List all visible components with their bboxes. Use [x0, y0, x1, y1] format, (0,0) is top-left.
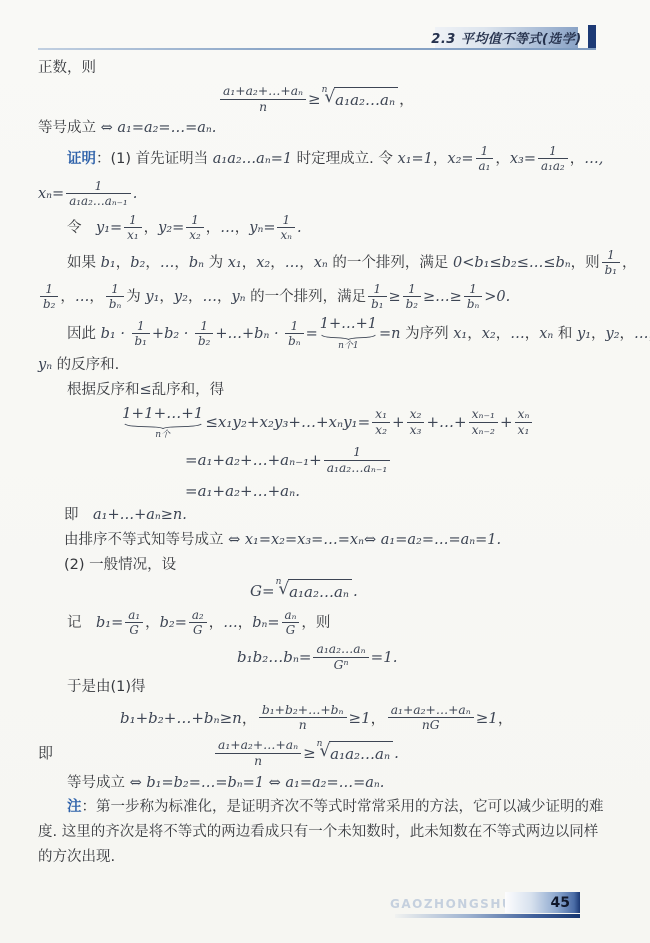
text-run: ：(1) 首先证明当	[96, 151, 213, 167]
line-by-rearrangement: 根据反序和≤乱序和，得	[67, 380, 614, 402]
fraction-denominator: bₙ	[285, 334, 303, 348]
math-run: x₃=	[510, 151, 536, 167]
math-run: …,	[584, 151, 603, 167]
math-run: b₂=	[160, 615, 187, 631]
text-run: 的一个排列，满足	[246, 289, 367, 305]
content-lines: 正数，则a₁+a₂+…+aₙn≥n√a₁a₂…aₙ，等号成立 ⇔ a₁=a₂=……	[38, 58, 614, 872]
line-from-part1: 于是由(1)得	[67, 677, 614, 699]
math-run: y₁	[145, 289, 159, 305]
math-run: ≥	[303, 744, 316, 762]
math-run: ≥…≥	[423, 289, 462, 305]
math-run: ≤	[140, 382, 152, 398]
fraction-numerator: 1	[476, 144, 494, 159]
text-run: ，	[174, 254, 189, 270]
fraction: 1b₁	[368, 282, 386, 312]
fraction-denominator: G	[125, 623, 143, 637]
fraction-numerator: 1	[538, 144, 568, 159]
fraction-denominator: b₁	[132, 334, 150, 348]
math-run: +	[392, 413, 405, 431]
fraction-denominator: b₂	[195, 334, 213, 348]
fraction: a₁a₂…aₙGⁿ	[313, 642, 368, 673]
keyword-label: 证明	[67, 151, 96, 167]
line-reverse-sum: yₙ 的反序和.	[38, 355, 614, 377]
text-run: 令	[67, 220, 96, 236]
text-run: ，则	[571, 254, 600, 270]
text-run: ，	[116, 254, 131, 270]
math-run: +…+bₙ ·	[215, 326, 283, 342]
math-run: ⇔ a₁=a₂=…=aₙ.	[101, 120, 217, 136]
fraction-numerator: a₁+a₂+…+aₙ	[215, 738, 301, 754]
math-run: yₙ	[38, 357, 52, 373]
text-run: 正数，则	[38, 60, 96, 76]
math-run: .	[297, 220, 302, 236]
math-run: .	[394, 744, 399, 762]
underbrace-icon	[124, 423, 202, 429]
text-run: 于是由(1)得	[67, 679, 146, 695]
math-run: b₁=	[96, 615, 123, 631]
text-run: ，	[496, 326, 511, 342]
math-run: …	[220, 220, 235, 236]
math-run: =1.	[371, 648, 398, 666]
underbrace-icon	[321, 334, 376, 340]
math-run: xₙ	[314, 254, 328, 270]
text-run: ，	[242, 254, 257, 270]
fraction-numerator: 1	[124, 213, 141, 228]
line-three-inequalities: b₁+b₂+…+bₙ≥n，b₁+b₂+…+bₙn≥1，a₁+a₂+…+aₙnG≥…	[120, 702, 614, 735]
fraction-denominator: a₁	[476, 159, 494, 173]
text-run: 记	[67, 615, 96, 631]
line-proof-start: 证明：(1) 首先证明当 a₁a₂…aₙ=1 时定理成立. 令 x₁=1，x₂=…	[67, 143, 614, 175]
fraction-denominator: a₁a₂…aₙ₋₁	[324, 461, 391, 476]
fraction-denominator: n	[215, 754, 301, 769]
math-run: y₂	[174, 289, 188, 305]
math-run: ⇔ a₁=a₂=…=aₙ=1.	[364, 532, 501, 548]
math-run: b₁+b₂+…+bₙ≥n	[120, 708, 242, 726]
math-run: xₙ	[539, 326, 553, 342]
text-run: ，	[238, 615, 253, 631]
fraction-denominator: xₙ₋₂	[469, 423, 498, 438]
text-run: ，	[620, 326, 635, 342]
fraction: x₁x₂	[372, 407, 390, 438]
fraction-numerator: 1	[285, 319, 303, 334]
underbrace-group: 1+…+1n个1	[320, 316, 377, 352]
fraction-numerator: 1	[368, 282, 386, 297]
math-run: b₁b₂…bₙ=	[237, 648, 311, 666]
text-run: (2) 一般情况，设	[64, 557, 176, 573]
fraction-numerator: 1	[195, 319, 213, 334]
math-run: x₂	[482, 326, 496, 342]
math-run: bₙ=	[252, 615, 279, 631]
header-rule	[38, 48, 596, 50]
fraction-numerator: a₁a₂…aₙ	[313, 642, 368, 658]
fraction: 1x₂	[186, 213, 203, 243]
underbrace-label: n个	[155, 430, 170, 441]
line-define-b: 记 b₁=a₁G，b₂=a₂G，…，bₙ=aₙG，则	[67, 607, 614, 639]
line-ie: 即 a₁+…+aₙ≥n.	[64, 505, 614, 527]
math-run: …	[160, 254, 175, 270]
footer-rule	[395, 914, 580, 918]
math-run: b₁ ·	[101, 326, 130, 342]
fraction: 1bₙ	[285, 319, 303, 349]
text-run: ，	[433, 151, 448, 167]
text-run: ：第一步称为标准化，是证明齐次不等式时常常采用的方法，它可以减少证明的难	[82, 799, 604, 815]
math-run: x₁	[228, 254, 242, 270]
text-run: ，	[89, 289, 104, 305]
root-index: n	[276, 576, 282, 590]
fraction-numerator: 1	[40, 282, 58, 297]
fraction: b₁+b₂+…+bₙn	[259, 703, 347, 734]
fraction-denominator: G	[189, 623, 207, 637]
fraction-denominator: n	[220, 100, 306, 115]
math-run: b₁	[101, 254, 116, 270]
fraction-denominator: nG	[388, 718, 474, 733]
math-run: a₁a₂…aₙ=1	[213, 151, 292, 167]
fraction-denominator: x₁	[515, 423, 533, 438]
fraction: 1a₁a₂…aₙ₋₁	[324, 445, 391, 476]
line-eq-step1: =a₁+a₂+…+aₙ₋₁+1a₁a₂…aₙ₋₁	[185, 444, 614, 477]
line-then-recip: 1b₂，…，1bₙ为 y₁，y₂，…，yₙ 的一个排列，满足1b₁≥1b₂≥…≥…	[38, 281, 614, 313]
line-general-case: (2) 一般情况，设	[64, 555, 614, 577]
math-run: b₂	[130, 254, 145, 270]
line-note-2: 度. 这里的齐次是将不等式的两边看成只有一个未知数时，此未知数在不等式两边以同样	[38, 822, 614, 844]
text-run: 为	[126, 289, 145, 305]
fraction-numerator: 1	[403, 282, 421, 297]
math-run: .	[133, 185, 138, 201]
fraction: 1b₁	[602, 248, 620, 278]
text-run: ，	[299, 254, 314, 270]
text-run: ，则	[301, 615, 330, 631]
math-run: x₁=1	[398, 151, 433, 167]
text-run: 为	[204, 254, 228, 270]
math-run: ≥1	[349, 708, 371, 726]
text-run: ，	[235, 220, 250, 236]
math-run: ⇔ x₁=x₂=x₃=…=xₙ	[228, 532, 364, 548]
math-run: y₁	[577, 326, 591, 342]
section-title: 2.3 平均值不等式(选学)	[431, 28, 581, 47]
text-run: 根据反序和	[67, 382, 140, 398]
text-run: 等号成立	[67, 775, 130, 791]
text-run: 时定理成立. 令	[292, 151, 397, 167]
fraction-denominator: Gⁿ	[313, 658, 368, 673]
root-index: n	[317, 738, 323, 752]
text-run: 为序列	[401, 326, 454, 342]
fraction-numerator: 1	[602, 248, 620, 263]
underbrace-label: n个1	[338, 341, 359, 352]
line-if-b: 如果 b₁，b₂，…，bₙ 为 x₁，x₂，…，xₙ 的一个排列，满足 0<b₁…	[67, 247, 614, 279]
math-run: …	[634, 326, 649, 342]
text-run: ，	[242, 708, 257, 726]
fraction-numerator: aₙ	[282, 608, 300, 623]
text-run: ，	[525, 326, 540, 342]
text-run: 因此	[67, 326, 101, 342]
fraction: a₁G	[125, 608, 143, 638]
fraction-numerator: 1	[66, 179, 130, 194]
text-run: ，	[60, 289, 75, 305]
math-run: +	[500, 413, 513, 431]
fraction-denominator: b₁	[602, 263, 620, 277]
fraction-denominator: x₂	[186, 228, 203, 242]
fraction-numerator: a₁	[125, 608, 143, 623]
math-run: ⇔ b₁=b₂=…=bₙ=1 ⇔ a₁=a₂=…=aₙ.	[130, 775, 385, 791]
fraction: 1b₂	[40, 282, 58, 312]
page-number-badge: 45	[505, 892, 580, 913]
fraction-numerator: a₁+a₂+…+aₙ	[220, 84, 306, 100]
math-run: xₙ=	[38, 185, 64, 201]
fraction-denominator: x₂	[372, 423, 390, 438]
text-run: 度. 这里的齐次是将不等式的两边看成只有一个未知数时，此未知数在不等式两边以同样	[38, 824, 598, 840]
fraction: 1b₂	[403, 282, 421, 312]
fraction: a₁+a₂+…+aₙn	[220, 84, 306, 115]
textbook-page: 2.3 平均值不等式(选学) 正数，则a₁+a₂+…+aₙn≥n√a₁a₂…aₙ…	[0, 0, 650, 943]
text-run: ，	[399, 90, 414, 108]
text-run: ，	[591, 326, 606, 342]
math-run: …	[285, 254, 300, 270]
fraction-denominator: bₙ	[106, 297, 124, 311]
math-run: x₂	[256, 254, 270, 270]
text-run: ，	[570, 151, 585, 167]
math-run: …	[223, 615, 238, 631]
fraction-numerator: x₂	[407, 407, 425, 423]
fraction: 1a₁a₂	[538, 144, 568, 174]
line-note-1: 注：第一步称为标准化，是证明齐次不等式时常常采用的方法，它可以减少证明的难	[67, 797, 614, 819]
line-ie-final: 即a₁+a₂+…+aₙn≥n√a₁a₂…aₙ.	[38, 737, 614, 770]
fraction: 1b₁	[132, 319, 150, 349]
fraction-numerator: x₁	[372, 407, 390, 423]
radicand: a₁a₂…aₙ	[288, 579, 352, 604]
text-run: ，	[217, 289, 232, 305]
math-run: +b₂ ·	[152, 326, 193, 342]
math-run: yₙ=	[249, 220, 275, 236]
math-run: …	[202, 289, 217, 305]
fraction-numerator: a₂	[189, 608, 207, 623]
fraction-denominator: b₁	[368, 297, 386, 311]
fraction-numerator: xₙ	[515, 407, 533, 423]
math-run: bₙ	[189, 254, 204, 270]
math-run: >0.	[484, 289, 510, 305]
text-run: ，	[159, 289, 174, 305]
fraction: 1a₁a₂…aₙ₋₁	[66, 179, 130, 209]
nth-root: n√a₁a₂…aₙ	[317, 741, 393, 766]
line-final-equality: 等号成立 ⇔ b₁=b₂=…=bₙ=1 ⇔ a₁=a₂=…=aₙ.	[67, 773, 614, 795]
text-run: ，	[188, 289, 203, 305]
keyword-label: 注	[67, 799, 82, 815]
fraction-denominator: a₁a₂	[538, 159, 568, 173]
math-run: x₂=	[447, 151, 473, 167]
line-xn: xₙ=1a₁a₂…aₙ₋₁.	[38, 178, 614, 210]
fraction-denominator: b₂	[403, 297, 421, 311]
math-run: ≥	[389, 289, 401, 305]
text-run: ，	[270, 254, 285, 270]
fraction: 1x₁	[124, 213, 141, 243]
text-run: ，	[498, 708, 513, 726]
math-run: x₁	[453, 326, 467, 342]
fraction-denominator: bₙ	[464, 297, 482, 311]
text-run: 的一个排列，满足	[328, 254, 453, 270]
radicand: a₁a₂…aₙ	[329, 741, 393, 766]
fraction: x₂x₃	[407, 407, 425, 438]
text-run: 即	[38, 744, 53, 762]
fraction-numerator: 1	[132, 319, 150, 334]
fraction-denominator: G	[282, 623, 300, 637]
fraction-numerator: 1	[464, 282, 482, 297]
text-run: ，	[145, 615, 160, 631]
math-run: y₂=	[158, 220, 184, 236]
fraction: aₙG	[282, 608, 300, 638]
text-run: ，	[206, 220, 221, 236]
math-run: =n	[379, 326, 401, 342]
fraction-numerator: 1	[277, 213, 295, 228]
line-main-inequality: a₁+a₂+…+aₙn≥n√a₁a₂…aₙ，	[218, 83, 614, 116]
fraction-denominator: xₙ	[277, 228, 295, 242]
nth-root: n√a₁a₂…aₙ	[276, 579, 352, 604]
math-run: a₁+…+aₙ≥n.	[93, 507, 187, 523]
math-run: y₁=	[96, 220, 122, 236]
nth-root: n√a₁a₂…aₙ	[322, 87, 398, 112]
line-chain-inequality: 1+1+…+1n个≤x₁y₂+x₂y₃+…+xₙy₁=x₁x₂+x₂x₃+…+x…	[120, 404, 614, 441]
math-run: y₂	[606, 326, 620, 342]
fraction-numerator: b₁+b₂+…+bₙ	[259, 703, 347, 719]
fraction-numerator: 1	[324, 445, 391, 461]
text-run: ，	[209, 615, 224, 631]
header-accent-bar	[588, 25, 596, 49]
line-equality-condition: 等号成立 ⇔ a₁=a₂=…=aₙ.	[38, 118, 614, 140]
fraction-denominator: a₁a₂…aₙ₋₁	[66, 194, 130, 208]
line-therefore-sum: 因此 b₁ · 1b₁+b₂ · 1b₂+…+bₙ · 1bₙ=1+…+1n个1…	[67, 316, 614, 352]
math-run: 0<b₁≤b₂≤…≤bₙ	[453, 254, 571, 270]
text-run: ，	[371, 708, 386, 726]
line-product-one: b₁b₂…bₙ=a₁a₂…aₙGⁿ=1.	[237, 641, 614, 674]
math-run: .	[353, 582, 358, 600]
math-run: ≤x₁y₂+x₂y₃+…+xₙy₁=	[205, 413, 370, 431]
math-run: =	[306, 326, 318, 342]
line-G-def: G=n√a₁a₂…aₙ.	[250, 579, 614, 604]
fraction-denominator: n	[259, 718, 347, 733]
text-run: 乱序和，得	[152, 382, 225, 398]
fraction-denominator: x₃	[407, 423, 425, 438]
fraction-numerator: 1	[186, 213, 203, 228]
line-intro: 正数，则	[38, 58, 614, 80]
fraction: 1xₙ	[277, 213, 295, 243]
text-run: 和	[553, 326, 577, 342]
math-run: ≥1	[476, 708, 498, 726]
radicand: a₁a₂…aₙ	[334, 87, 398, 112]
fraction: 1bₙ	[464, 282, 482, 312]
section-header-box: 2.3 平均值不等式(选学)	[435, 27, 578, 48]
text-run: 的方次出现.	[38, 849, 115, 865]
text-run: 等号成立	[38, 120, 101, 136]
fraction: xₙ₋₁xₙ₋₂	[469, 407, 498, 438]
math-run: =a₁+a₂+…+aₙ.	[185, 482, 300, 500]
math-run: =a₁+a₂+…+aₙ₋₁+	[185, 451, 322, 469]
fraction-numerator: a₁+a₂+…+aₙ	[388, 703, 474, 719]
math-run: …	[510, 326, 525, 342]
text-run: ，	[144, 220, 159, 236]
text-run: ，	[467, 326, 482, 342]
fraction: a₁+a₂+…+aₙn	[215, 738, 301, 769]
text-run: ，	[622, 254, 637, 270]
fraction: xₙx₁	[515, 407, 533, 438]
text-run: ，	[145, 254, 160, 270]
fraction-denominator: x₁	[124, 228, 141, 242]
text-run: 的反序和.	[52, 357, 119, 373]
fraction: 1b₂	[195, 319, 213, 349]
math-run: G=	[250, 582, 275, 600]
line-note-3: 的方次出现.	[38, 847, 614, 869]
underbrace-group: 1+1+…+1n个	[122, 404, 203, 441]
fraction-denominator: b₂	[40, 297, 58, 311]
math-run: +…+	[426, 413, 466, 431]
math-run: …	[75, 289, 90, 305]
line-eq-step2: =a₁+a₂+…+aₙ.	[185, 480, 614, 503]
fraction: 1bₙ	[106, 282, 124, 312]
underbrace-content: 1+1+…+1	[122, 404, 203, 422]
text-run: ，	[495, 151, 510, 167]
math-run: ≥	[308, 90, 321, 108]
underbrace-content: 1+…+1	[320, 316, 377, 333]
text-run: 如果	[67, 254, 101, 270]
line-let-y: 令 y₁=1x₁，y₂=1x₂，…，yₙ=1xₙ.	[67, 212, 614, 244]
math-run: yₙ	[231, 289, 245, 305]
fraction-numerator: 1	[106, 282, 124, 297]
page-number: 45	[551, 895, 570, 911]
fraction: 1a₁	[476, 144, 494, 174]
fraction: a₂G	[189, 608, 207, 638]
text-run: 即	[64, 507, 93, 523]
line-equality-by-ordering: 由排序不等式知等号成立 ⇔ x₁=x₂=x₃=…=xₙ⇔ a₁=a₂=…=aₙ=…	[64, 530, 614, 552]
fraction: a₁+a₂+…+aₙnG	[388, 703, 474, 734]
fraction-numerator: xₙ₋₁	[469, 407, 498, 423]
root-index: n	[322, 84, 328, 98]
text-run: 由排序不等式知等号成立	[64, 532, 228, 548]
